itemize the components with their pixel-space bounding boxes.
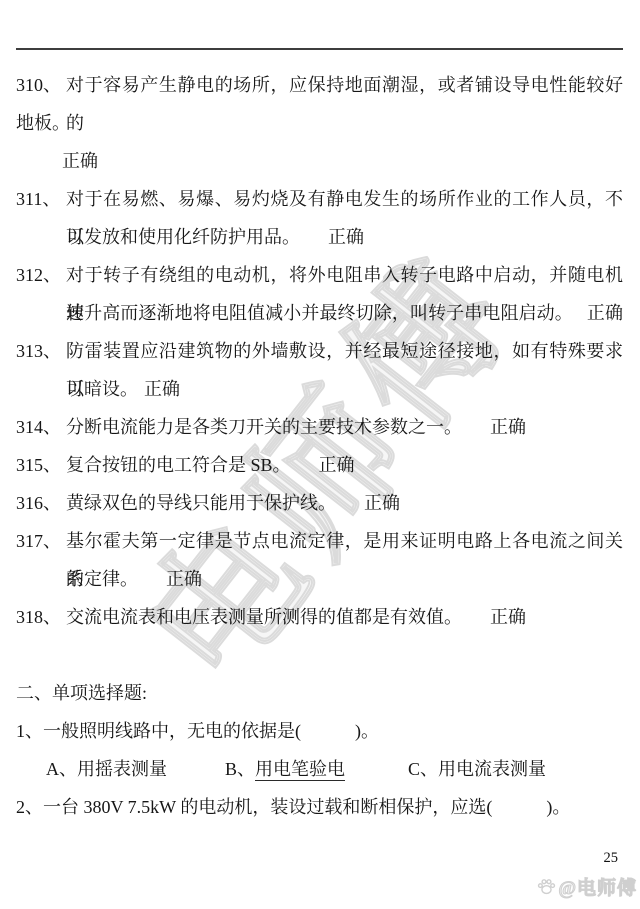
- question-number: 2、: [16, 797, 43, 817]
- question-text: 交流电流表和电压表测量所测得的值都是有效值。: [66, 607, 462, 627]
- section-gap: [16, 636, 623, 674]
- question-text-continued: 以发放和使用化纤防护用品。: [66, 227, 300, 247]
- document-body: 310、对于容易产生静电的场所，应保持地面潮湿，或者铺设导电性能较好的 地板。 …: [16, 66, 623, 826]
- question-text: 一般照明线路中，无电的依据是( )。: [43, 721, 379, 741]
- separator-line: [16, 48, 623, 50]
- answer-label: 正确: [144, 379, 180, 399]
- answer-label: 正确: [364, 493, 400, 513]
- answer-label: 正确: [166, 569, 202, 589]
- question-text-continued: 地板。: [16, 113, 70, 133]
- question-number: 313、: [16, 332, 61, 370]
- question-item-313: 313、防雷装置应沿建筑物的外墙敷设，并经最短途径接地，如有特殊要求可 以暗设。…: [16, 332, 623, 408]
- question-number: 315、: [16, 446, 61, 484]
- question-number: 311、: [16, 180, 60, 218]
- question-number: 318、: [16, 598, 61, 636]
- answer-label: 正确: [587, 303, 623, 323]
- question-text: 复合按钮的电工符合是 SB。: [66, 455, 291, 475]
- option-text-underlined: 用电笔验电: [255, 759, 345, 781]
- answer-label: 正确: [62, 151, 98, 171]
- question-number: 316、: [16, 484, 61, 522]
- option-label: B、: [225, 759, 255, 779]
- page-number: 25: [604, 850, 619, 867]
- option-text: 用摇表测量: [77, 759, 167, 779]
- question-number: 314、: [16, 408, 61, 446]
- answer-label: 正确: [490, 417, 526, 437]
- question-item-310: 310、对于容易产生静电的场所，应保持地面潮湿，或者铺设导电性能较好的 地板。 …: [16, 66, 623, 180]
- answer-label: 正确: [490, 607, 526, 627]
- options-row: A、用摇表测量 B、用电笔验电 C、用电流表测量: [16, 750, 623, 788]
- question-item-316: 316、黄绿双色的导线只能用于保护线。正确: [16, 484, 623, 522]
- question-text-continued: 以暗设。: [66, 379, 138, 399]
- question-item-312: 312、对于转子有绕组的电动机，将外电阻串入转子电路中启动，并随电机转 速升高而…: [16, 256, 623, 332]
- section-heading: 二、单项选择题:: [16, 674, 623, 712]
- question-text: 黄绿双色的导线只能用于保护线。: [66, 493, 336, 513]
- question-text: 分断电流能力是各类刀开关的主要技术参数之一。: [66, 417, 462, 437]
- answer-label: 正确: [328, 227, 364, 247]
- question-item-315: 315、复合按钮的电工符合是 SB。正确: [16, 446, 623, 484]
- question-number: 312、: [16, 256, 61, 294]
- question-text-continued: 的定律。: [66, 569, 138, 589]
- paw-icon: [536, 876, 557, 897]
- question-number: 317、: [16, 522, 61, 560]
- choice-question-2: 2、一台 380V 7.5kW 的电动机，装设过载和断相保护，应选( )。: [16, 788, 623, 826]
- answer-label: 正确: [319, 455, 355, 475]
- question-item-318: 318、交流电流表和电压表测量所测得的值都是有效值。正确: [16, 598, 623, 636]
- question-number: 1、: [16, 721, 43, 741]
- option-b: B、用电笔验电: [225, 750, 345, 788]
- option-c: C、用电流表测量: [408, 750, 546, 788]
- question-item-314: 314、分断电流能力是各类刀开关的主要技术参数之一。正确: [16, 408, 623, 446]
- choice-question-1: 1、一般照明线路中，无电的依据是( )。 A、用摇表测量 B、用电笔验电 C、用…: [16, 712, 623, 788]
- option-a: A、用摇表测量: [46, 750, 167, 788]
- option-text: 用电流表测量: [438, 759, 546, 779]
- option-label: C、: [408, 759, 438, 779]
- document-page: 电师傅 310、对于容易产生静电的场所，应保持地面潮湿，或者铺设导电性能较好的 …: [0, 0, 640, 909]
- question-text: 一台 380V 7.5kW 的电动机，装设过载和断相保护，应选( )。: [43, 797, 570, 817]
- corner-watermark-text: @电师傅: [558, 873, 637, 900]
- option-label: A、: [46, 759, 77, 779]
- question-number: 310、: [16, 66, 61, 104]
- corner-watermark: @电师傅: [536, 873, 637, 900]
- question-text-continued: 速升高而逐渐地将电阻值减小并最终切除，叫转子串电阻启动。: [66, 303, 573, 323]
- question-item-311: 311、对于在易燃、易爆、易灼烧及有静电发生的场所作业的工作人员，不可 以发放和…: [16, 180, 623, 256]
- question-item-317: 317、基尔霍夫第一定律是节点电流定律，是用来证明电路上各电流之间关系 的定律。…: [16, 522, 623, 598]
